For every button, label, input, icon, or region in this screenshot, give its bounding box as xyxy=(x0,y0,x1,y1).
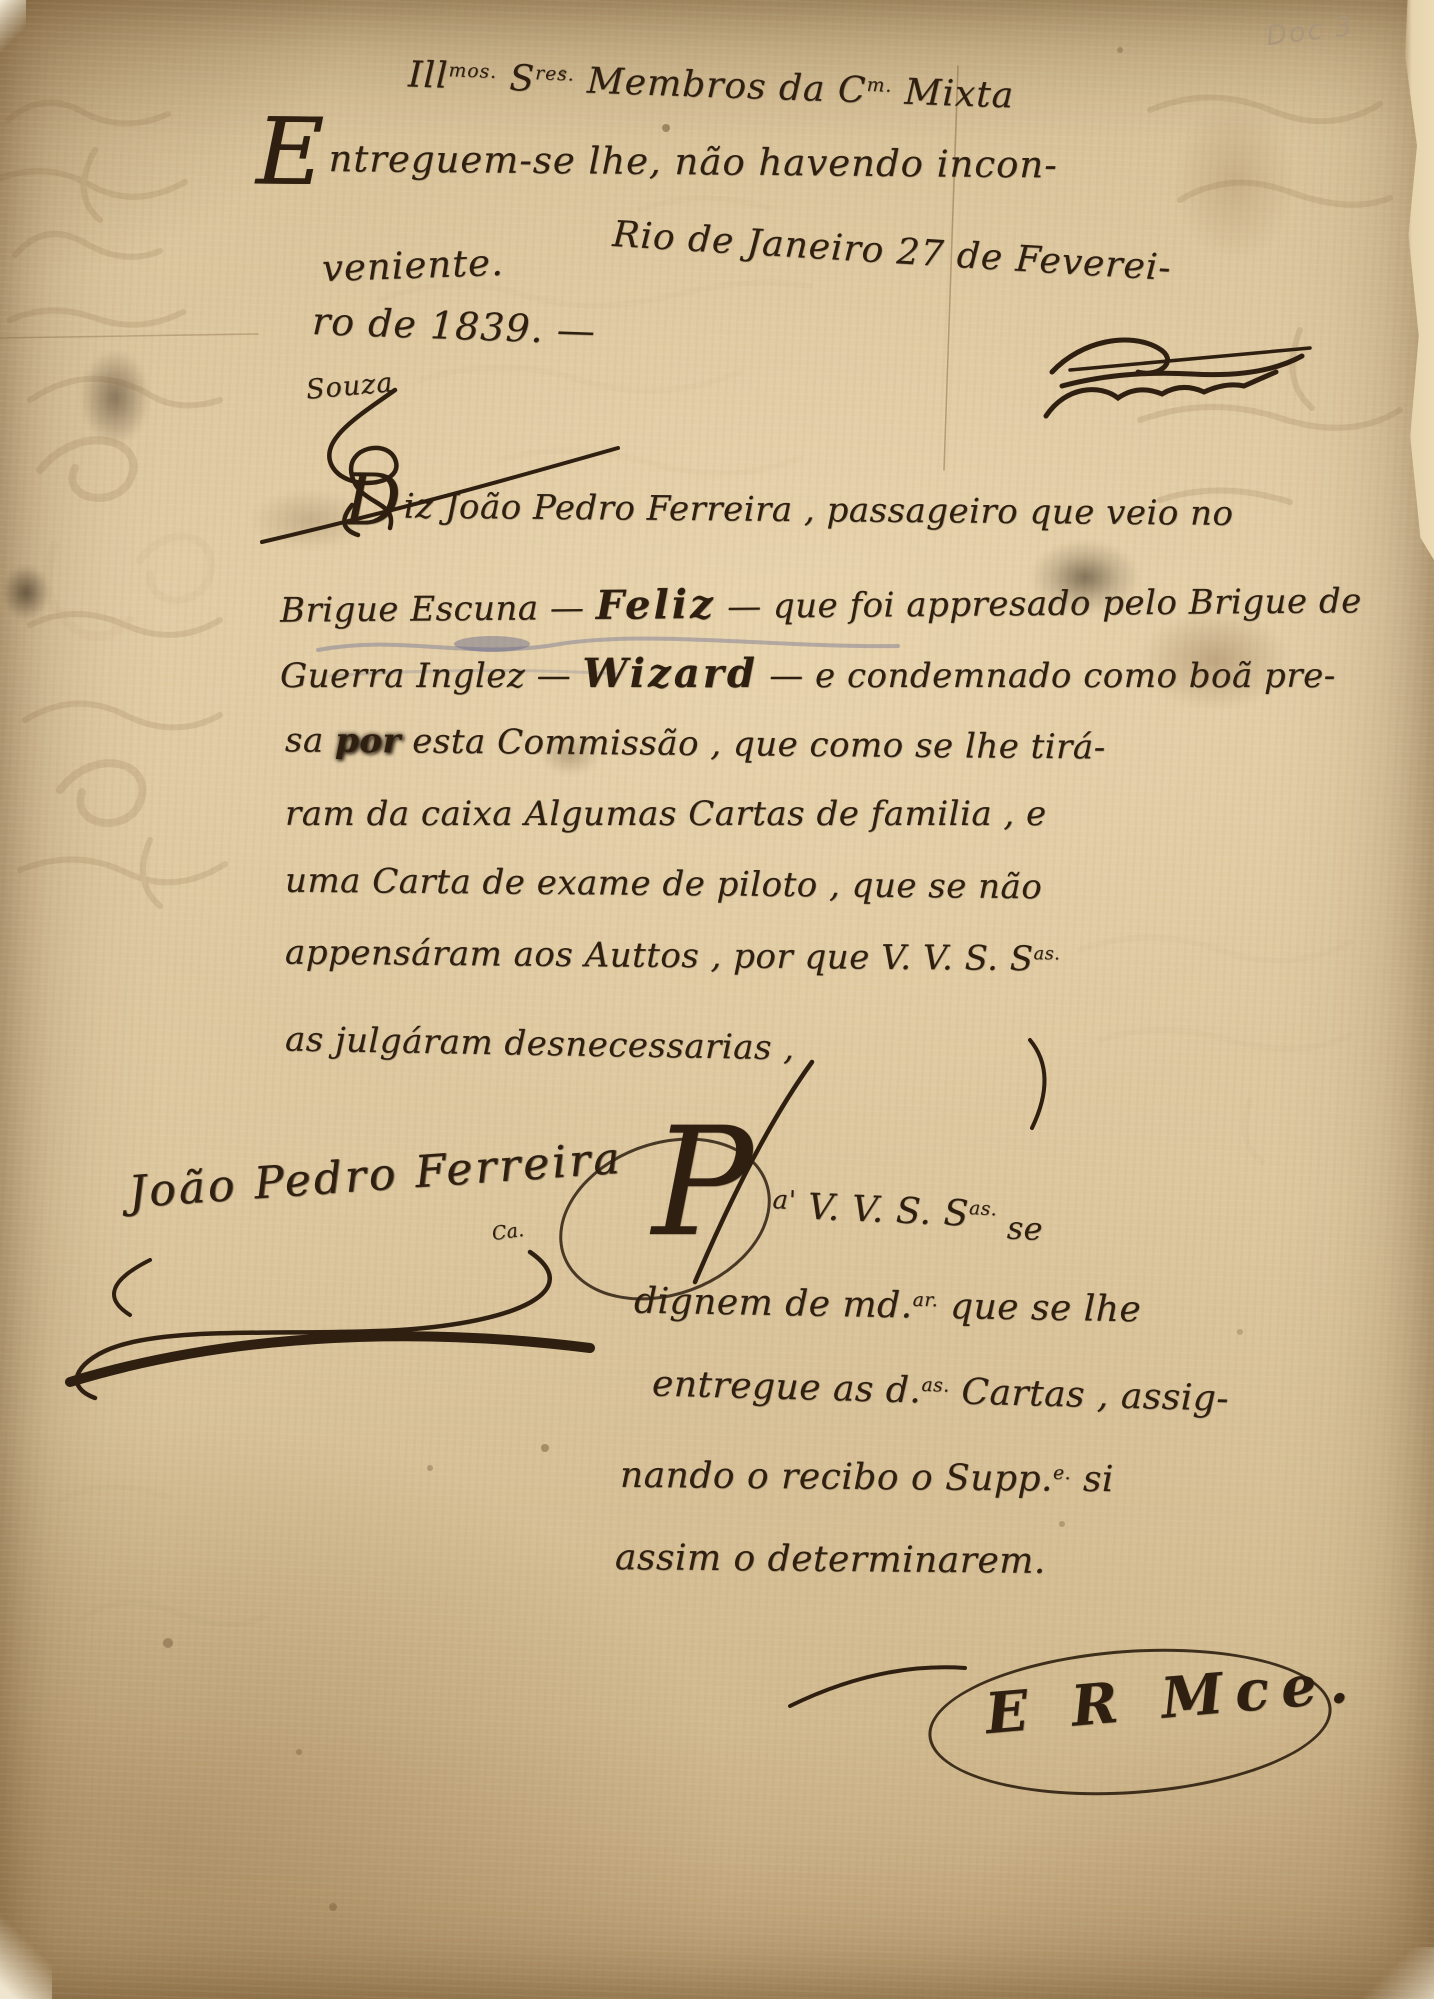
edge-stain xyxy=(2,565,50,620)
text-part: res. xyxy=(535,63,575,85)
petition-line-6: uma Carta de exame de piloto , que se nã… xyxy=(285,863,1043,907)
text-part: as. xyxy=(1033,944,1060,964)
text-part: Brigue Escuna — xyxy=(280,588,596,631)
despacho-line-1: Entreguem-se lhe, não havendo incon- xyxy=(256,139,1058,187)
text-part: ar. xyxy=(913,1290,939,1311)
text-part: sa xyxy=(285,720,335,760)
text-part: a' xyxy=(772,1185,797,1216)
text-part: esta Commissão , que como se lhe tirá- xyxy=(401,721,1106,767)
petitioner-signature-flourish xyxy=(70,1252,590,1398)
despacho-line-2a: veniente. xyxy=(321,243,504,290)
erm-flourish-leadin xyxy=(790,1667,965,1706)
text-part: dignem de md. xyxy=(634,1281,913,1327)
paraph-after-line8 xyxy=(1030,1040,1045,1128)
commissioner-signature-rubric xyxy=(1046,340,1310,416)
request-line-2: dignem de md.ar. que se lhe xyxy=(634,1282,1142,1330)
request-line-5: assim o determinarem. xyxy=(615,1538,1046,1581)
corner-tear-bottom-right xyxy=(1362,1947,1434,1999)
request-line-3: entregue as d.as. Cartas , assig- xyxy=(652,1364,1230,1419)
petitioner-signature: João Pedro Ferreira xyxy=(127,1135,624,1218)
text-part: E xyxy=(256,151,325,152)
request-line-1: a' V. V. S. Sas. se xyxy=(771,1186,1044,1248)
text-part: mos. xyxy=(448,60,497,83)
text-part: se xyxy=(996,1210,1044,1248)
corner-tear-bottom-left xyxy=(0,1907,52,1999)
text-part: — que foi appresado pelo Brigue de xyxy=(716,581,1362,627)
text-part: Ill xyxy=(407,54,449,96)
aging-patch xyxy=(1175,100,1295,260)
text-part: V. V. S. S xyxy=(795,1186,970,1235)
petition-line-2: Brigue Escuna — Feliz — que foi appresad… xyxy=(280,577,1362,631)
text-part: por xyxy=(335,721,401,762)
text-part: m. xyxy=(866,75,892,97)
adjacent-page-edge xyxy=(1400,0,1434,560)
text-part: appensáram aos Auttos , por que V. V. S.… xyxy=(285,933,1034,980)
archival-doc-number: Doc 3 xyxy=(1264,11,1355,52)
text-part: D xyxy=(344,500,402,501)
text-part: Mixta xyxy=(891,71,1014,116)
ink-smudge xyxy=(80,350,150,445)
despacho-line-3: ro de 1839. — xyxy=(311,301,596,353)
despacho-signature-souza: Souza xyxy=(305,368,395,405)
text-part: que se lhe xyxy=(938,1286,1142,1331)
text-part: si xyxy=(1071,1459,1114,1500)
petition-line-1: Diz João Pedro Ferreira , passageiro que… xyxy=(344,488,1234,533)
petition-line-7: appensáram aos Auttos , por que V. V. S.… xyxy=(285,935,1061,979)
text-part: iz João Pedro Ferreira , passageiro que … xyxy=(404,487,1234,534)
text-part: S xyxy=(496,58,536,100)
text-part: Feliz xyxy=(596,581,716,629)
text-part: as. xyxy=(921,1375,950,1397)
request-initial-p: P xyxy=(652,1108,753,1258)
petition-line-4: sa por esta Commissão , que como se lhe … xyxy=(285,722,1106,767)
text-part: ntreguem-se lhe, não havendo incon- xyxy=(328,137,1058,186)
petition-line-8: as julgáram desnecessarias , xyxy=(285,1022,795,1068)
text-part: Wizard xyxy=(582,650,758,697)
request-line-4: nando o recibo o Supp.e. si xyxy=(620,1456,1114,1500)
despacho-dateline: Rio de Janeiro 27 de Feverei- xyxy=(611,215,1172,289)
text-part: Membros da C xyxy=(574,60,867,111)
text-part: Cartas , assig- xyxy=(949,1371,1230,1419)
petition-line-3: Guerra Inglez — Wizard — e condemnado co… xyxy=(280,652,1336,696)
text-part: Guerra Inglez — xyxy=(280,656,582,696)
despacho-heading: Illmos. Sres. Membros da Cm. Mixta xyxy=(407,55,1014,116)
text-part: as. xyxy=(969,1198,998,1220)
petitioner-signature-rubric: Ca. xyxy=(491,1220,526,1245)
corner-tear-top-left xyxy=(0,0,26,64)
text-part: nando o recibo o Supp. xyxy=(620,1455,1053,1500)
text-part: e. xyxy=(1053,1463,1071,1484)
text-part: entregue as d. xyxy=(652,1363,922,1411)
petition-line-5: ram da caixa Algumas Cartas de familia ,… xyxy=(285,796,1047,833)
manuscript-page: Doc 3 Illmos. Sres. Membros da Cm. Mixta… xyxy=(0,0,1434,1999)
text-part: — e condemnado como boã pre- xyxy=(758,656,1336,696)
